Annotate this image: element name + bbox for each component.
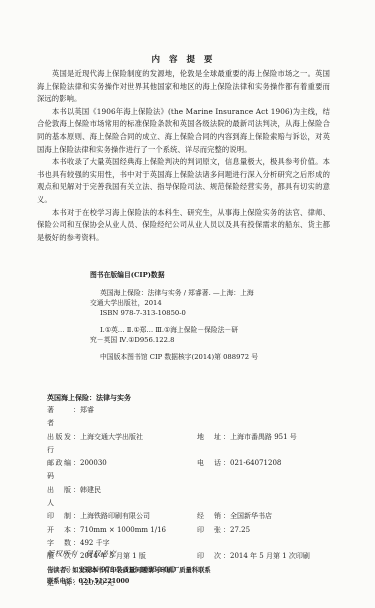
imprint-label: 经 销: [197, 510, 221, 523]
imprint-label: 电 话: [197, 457, 221, 484]
imprint-label: 出 版 人: [47, 484, 71, 511]
imprint-row: 邮政编码：200030 电 话：021-64071208: [47, 457, 347, 484]
imprint-label: 著 者: [47, 404, 71, 431]
cip-entry-line: 英国海上保险：法律与实务 / 郑睿著. —上海：上海: [90, 288, 310, 298]
summary-paragraph: 本书以英国《1906年海上保险法》(the Marine Insurance A…: [37, 106, 330, 156]
imprint-value: ：郑睿: [73, 404, 94, 431]
cip-record-number: 中国版本图书馆 CIP 数据核字(2014)第 088972 号: [90, 352, 310, 362]
imprint-row: 开 本：710mm × 1000mm 1/16 印 张：27.25: [47, 524, 347, 537]
imprint-value: ：全国新华书店: [223, 510, 272, 523]
imprint-value: ：021-64071208: [223, 457, 281, 484]
imprint-value: ：上海市番禺路 951 号: [223, 431, 297, 458]
imprint-label: 印 次: [197, 550, 221, 563]
imprint-row: 著 者：郑睿: [47, 404, 347, 431]
imprint-block: 英国海上保险：法律与实务 著 者：郑睿 出版发行：上海交通大学出版社 地 址：上…: [47, 391, 347, 590]
imprint-value: ：韩建民: [73, 484, 101, 511]
summary-paragraph: 英国是近现代海上保险制度的发源地，伦敦是全球最重要的海上保险市场之一。英国海上保…: [37, 68, 330, 106]
cip-entry-line: 交通大学出版社，2014: [90, 298, 310, 308]
imprint-value: ：上海交通大学出版社: [73, 431, 143, 458]
cip-heading: 图书在版编目(CIP)数据: [90, 270, 310, 280]
imprint-label: 地 址: [197, 431, 221, 458]
cip-classification: 究－英国 Ⅳ.①D956.122.8: [90, 335, 310, 345]
imprint-label: 出版发行: [47, 431, 71, 458]
summary-paragraph: 本书收录了大量英国经典海上保险判决的判词原文，信息量极大，极具参考价值。本书也具…: [37, 156, 330, 206]
imprint-row: 出版发行：上海交通大学出版社 地 址：上海市番禺路 951 号: [47, 431, 347, 458]
imprint-label: 印 张: [197, 524, 221, 537]
imprint-label: 印 制: [47, 510, 71, 523]
reader-notice-line: 告读者：如发现本书有印装质量问题请与印刷厂质量科联系: [47, 566, 211, 577]
imprint-row: 出 版 人：韩建民: [47, 484, 347, 511]
imprint-value: ：200030: [73, 457, 107, 484]
imprint-value: ：上海铁路印刷有限公司: [73, 510, 150, 523]
imprint-value: ：2014 年 5 月第 1 次印刷: [223, 550, 310, 563]
summary-title: 内 容 提 要: [37, 54, 330, 66]
imprint-label: 邮政编码: [47, 457, 71, 484]
cip-data-block: 图书在版编目(CIP)数据 英国海上保险：法律与实务 / 郑睿著. —上海：上海…: [90, 270, 310, 362]
imprint-book-title: 英国海上保险：法律与实务: [47, 391, 347, 404]
imprint-value: ：27.25: [223, 524, 250, 537]
imprint-value: ：710mm × 1000mm 1/16: [73, 524, 166, 537]
reader-notice: 告读者：如发现本书有印装质量问题请与印刷厂质量科联系 联系电话：021-5122…: [47, 566, 211, 587]
imprint-label: 开 本: [47, 524, 71, 537]
content-summary: 内 容 提 要 英国是近现代海上保险制度的发源地，伦敦是全球最重要的海上保险市场…: [37, 54, 330, 244]
contact-phone: 联系电话：021-51221000: [47, 577, 211, 588]
copyright-notice: 版权所有 侵权必究: [47, 549, 116, 559]
summary-paragraph: 本书对于在校学习海上保险法的本科生、研究生，从事海上保险实务的法官、律师、保险公…: [37, 207, 330, 245]
copyright-page: 内 容 提 要 英国是近现代海上保险制度的发源地，伦敦是全球最重要的海上保险市场…: [0, 0, 375, 608]
imprint-row: 印 制：上海铁路印刷有限公司 经 销：全国新华书店: [47, 510, 347, 523]
cip-classification: Ⅰ.①英… Ⅱ.①郑… Ⅲ.①海上保险－保险法－研: [90, 325, 310, 335]
cip-isbn: ISBN 978-7-313-10850-0: [90, 308, 310, 318]
